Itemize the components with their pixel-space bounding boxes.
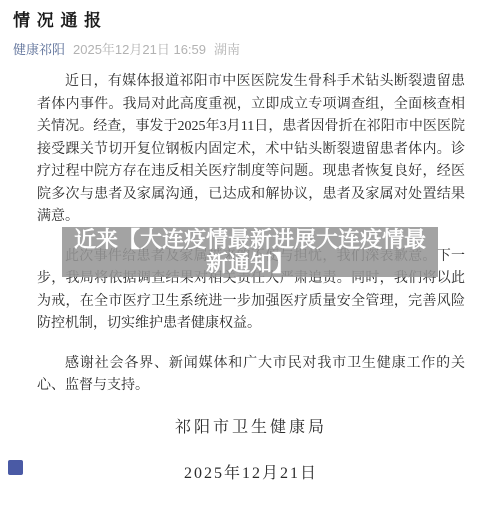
page-title: 情 况 通 报 (13, 10, 486, 32)
ad-overlay-text: 近来【大连疫情最新进展大连疫情最新通知】 (72, 228, 428, 276)
publish-location: 湖南 (214, 41, 240, 58)
publish-time: 2025年12月21日 16:59 (73, 41, 206, 58)
issuing-authority: 祁阳市卫生健康局 (37, 418, 465, 438)
signature-block: 祁阳市卫生健康局 2025年12月21日 (37, 418, 465, 484)
issue-date: 2025年12月21日 (37, 464, 465, 484)
byline: 健康祁阳 2025年12月21日 16:59 湖南 (13, 41, 486, 58)
blue-square-marker (8, 460, 23, 475)
article-header: 情 况 通 报 健康祁阳 2025年12月21日 16:59 湖南 (0, 0, 500, 58)
article-page: 情 况 通 报 健康祁阳 2025年12月21日 16:59 湖南 近日，有媒体… (0, 0, 500, 505)
account-name-link[interactable]: 健康祁阳 (13, 41, 65, 58)
article-body: 近日，有媒体报道祁阳市中医医院发生骨科手术钻头断裂遗留患者体内事件。我局对此高度… (37, 71, 465, 484)
article-paragraph: 感谢社会各界、新闻媒体和广大市民对我市卫生健康工作的关心、监督与支持。 (37, 353, 465, 398)
ad-overlay-banner: 近来【大连疫情最新进展大连疫情最新通知】 (62, 227, 438, 277)
article-paragraph: 近日，有媒体报道祁阳市中医医院发生骨科手术钻头断裂遗留患者体内事件。我局对此高度… (37, 71, 465, 229)
